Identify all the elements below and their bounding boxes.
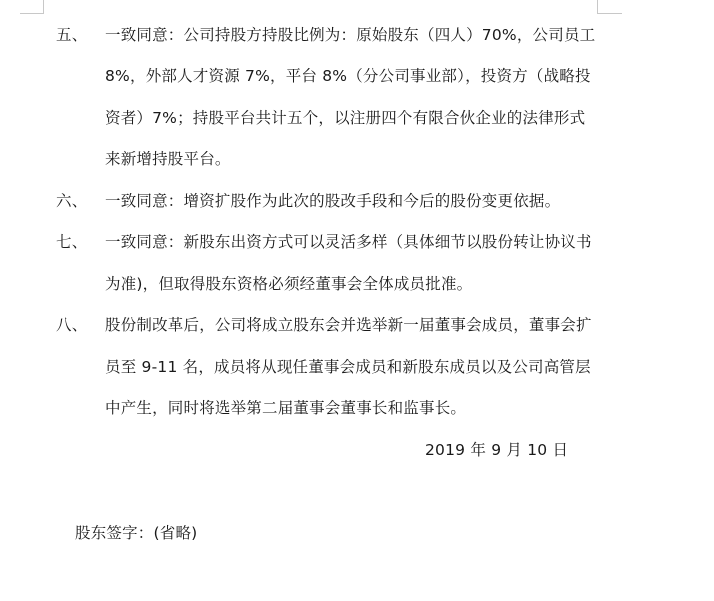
clause-text-line: 一致同意：新股东出资方式可以灵活多样（具体细节以股份转让协议书 xyxy=(105,232,592,252)
clause-number: 七、 xyxy=(56,232,87,252)
clause-text-line: 资者）7%；持股平台共计五个，以注册四个有限合伙企业的法律形式 xyxy=(105,108,585,128)
clause-text-line: 来新增持股平台。 xyxy=(105,149,231,169)
clause-text-line: 员至 9-11 名，成员将从现任董事会成员和新股东成员以及公司高管层 xyxy=(105,357,591,377)
clause-text-line: 中产生，同时将选举第二届董事会董事长和监事长。 xyxy=(105,398,466,418)
shareholder-signature: 股东签字：(省略) xyxy=(75,523,197,543)
clause-number: 八、 xyxy=(56,315,87,335)
page-corner-mark-left xyxy=(20,0,44,14)
clause-text-line: 为准)，但取得股东资格必须经董事会全体成员批准。 xyxy=(105,274,472,294)
clause-text-line: 一致同意：增资扩股作为此次的股改手段和今后的股份变更依据。 xyxy=(105,191,560,211)
clause-text-line: 一致同意：公司持股方持股比例为：原始股东（四人）70%，公司员工 xyxy=(105,25,595,45)
page-corner-mark-right xyxy=(597,0,622,14)
clause-number: 五、 xyxy=(56,25,87,45)
clause-number: 六、 xyxy=(56,191,87,211)
clause-text-line: 8%，外部人才资源 7%，平台 8%（分公司事业部），投资方（战略投 xyxy=(105,66,591,86)
document-date: 2019 年 9 月 10 日 xyxy=(425,440,568,460)
clause-text-line: 股份制改革后，公司将成立股东会并选举新一届董事会成员，董事会扩 xyxy=(105,315,592,335)
